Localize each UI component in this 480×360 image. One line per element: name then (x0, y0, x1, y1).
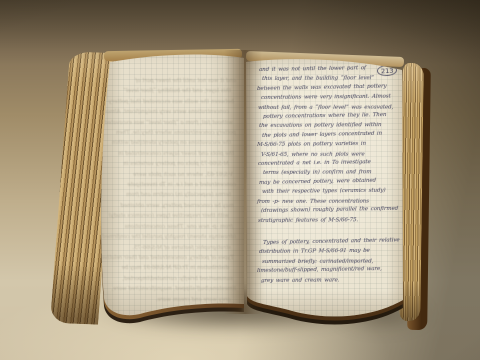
ghost-line: without fail, from a “floor level” was e… (110, 118, 233, 128)
handwriting-line: (drawings shown) roughly parallel the co… (261, 205, 397, 217)
ghost-line: distribution in Tr.GP M-S/66-91 may be (110, 263, 229, 273)
handwriting-line: M-S/66-75 plots on pottery varieties in (257, 140, 398, 151)
left-page: and it was not until the lower part ofth… (96, 52, 244, 322)
gutter-shadow (224, 50, 262, 314)
handwriting: and it was not until the lower part ofth… (255, 66, 397, 286)
ghost-line: terms (especially in) confirm and from (110, 190, 231, 200)
ghost-line: and it was not until the lower part of (110, 76, 236, 86)
ghost-line: grey ware and cream ware. (110, 295, 231, 305)
handwriting-line: concentrations were very insignificant. … (261, 93, 398, 104)
photo-scene: and it was not until the lower part ofth… (0, 0, 480, 360)
ghost-line: concentrated a net i.e. in To investigat… (110, 180, 236, 190)
handwriting-line: grey ware and cream ware. (261, 276, 398, 286)
handwriting-line: distribution in Tr.GP M-S/66-91 may be (259, 247, 398, 258)
ghost-line: from -p- new one. These concentrations (110, 222, 233, 232)
ghost-line: summarized briefly: carinated/imported, (110, 274, 233, 284)
ghost-line: this layer, and the building “floor leve… (110, 86, 231, 96)
ghost-line: the excavations on pottery identified wi… (110, 138, 231, 148)
ghost-line: the plots and lower layers concentrated … (110, 149, 234, 159)
ghost-line: may be concerned pottery, were obtained (110, 201, 234, 211)
ghost-line: V-S/61-65, where no such plots were (110, 170, 233, 180)
ghost-line: concentrations were very insignificant. … (110, 107, 229, 117)
handwriting-line: stratigraphic features of M-S/66-75. (258, 216, 398, 226)
ghost-line: pottery concentrations where they lie. T… (110, 128, 236, 138)
ghost-line: with their respective types (ceramics st… (110, 211, 229, 221)
handwriting-paragraph: and it was not until the lower part ofth… (255, 66, 397, 226)
handwriting-line: limestone/buff-slipped, magnificent/red … (257, 265, 397, 277)
ghost-line: Types of pottery, concentrated and their… (110, 253, 234, 263)
ghost-writing: and it was not until the lower part ofth… (110, 76, 236, 305)
ghost-line: stratigraphic features of M-S/66-75. (110, 243, 231, 253)
ghost-line: between the walls was excavated that pot… (110, 97, 234, 107)
ghost-line: (drawings shown) roughly parallel the co… (110, 232, 236, 242)
handwriting-paragraph: Types of pottery, concentrated and their… (255, 239, 397, 286)
ghost-line: M-S/66-75 plots on pottery varieties in (110, 159, 229, 169)
right-page: 213 and it was not until the lower part … (244, 56, 406, 322)
handwriting-line: with their respective types (ceramics st… (262, 187, 398, 198)
ghost-line: limestone/buff-slipped, magnificent/red … (110, 284, 236, 294)
